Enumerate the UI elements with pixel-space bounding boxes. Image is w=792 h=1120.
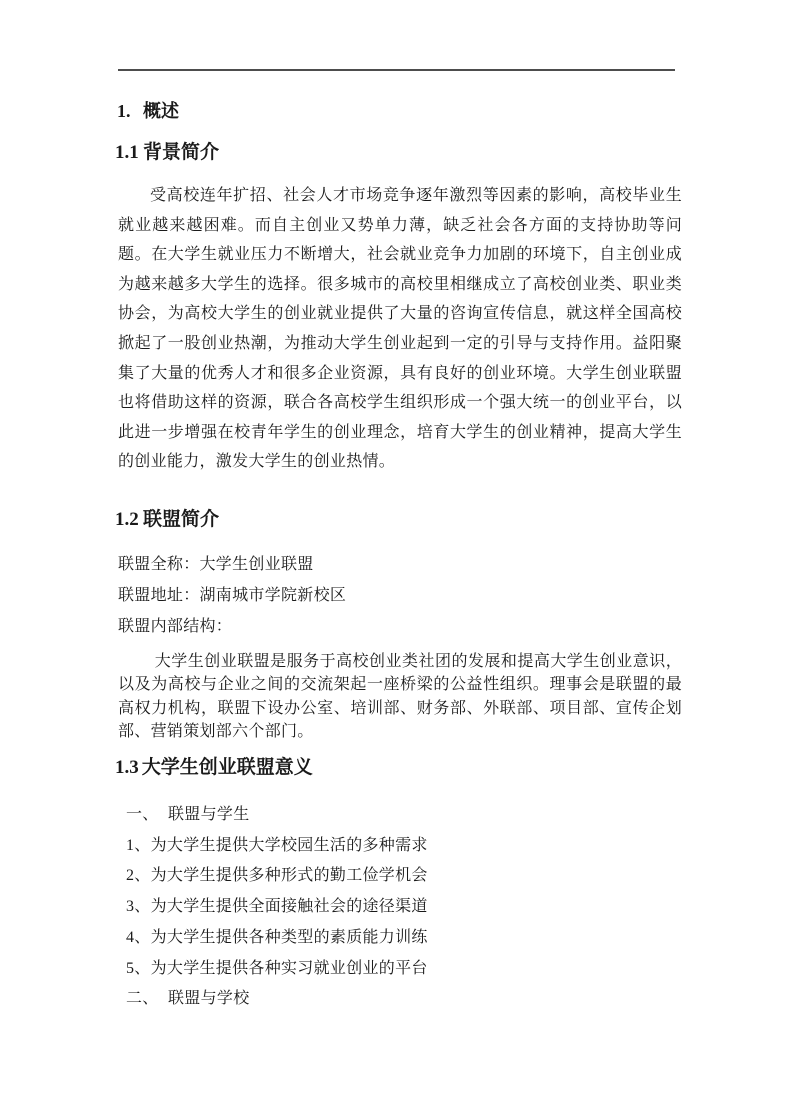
list-group-number: 一、 [126, 800, 168, 831]
alliance-address: 联盟地址：湖南城市学院新校区 [118, 580, 682, 611]
list-group-header: 一、联盟与学生 [126, 800, 682, 831]
heading-number: 1.2 [115, 508, 143, 532]
meaning-list: 一、联盟与学生 1、为大学生提供大学校园生活的多种需求 2、为大学生提供多种形式… [126, 800, 682, 1015]
list-group-label: 联盟与学校 [168, 990, 250, 1007]
list-item: 5、为大学生提供各种实习就业创业的平台 [126, 954, 682, 985]
list-group-header: 二、联盟与学校 [126, 984, 682, 1015]
heading-text: 背景简介 [143, 142, 219, 163]
heading-number: 1.3 [115, 756, 139, 780]
list-item: 2、为大学生提供多种形式的勤工俭学机会 [126, 861, 682, 892]
structure-paragraph: 大学生创业联盟是服务于高校创业类社团的发展和提高大学生创业意识，以及为高校与企业… [118, 650, 682, 743]
section-heading-overview: 1.概述 [117, 100, 179, 122]
subsection-heading-meaning: 1.3大学生创业联盟意义 [115, 756, 313, 780]
heading-text: 联盟简介 [143, 509, 219, 530]
heading-number: 1. [117, 100, 143, 122]
heading-text: 大学生创业联盟意义 [142, 757, 313, 778]
alliance-info-block: 联盟全称：大学生创业联盟 联盟地址：湖南城市学院新校区 联盟内部结构： [118, 549, 682, 642]
background-paragraph: 受高校连年扩招、社会人才市场竞争逐年激烈等因素的影响，高校毕业生就业越来越困难。… [118, 181, 682, 477]
subsection-heading-intro: 1.2联盟简介 [115, 508, 219, 532]
document-page: 1.概述 1.1背景简介 受高校连年扩招、社会人才市场竞争逐年激烈等因素的影响，… [0, 0, 792, 1120]
header-divider-line [118, 69, 675, 71]
list-item: 1、为大学生提供大学校园生活的多种需求 [126, 831, 682, 862]
list-group-label: 联盟与学生 [168, 806, 250, 823]
alliance-full-name: 联盟全称：大学生创业联盟 [118, 549, 682, 580]
list-item: 4、为大学生提供各种类型的素质能力训练 [126, 923, 682, 954]
alliance-structure-label: 联盟内部结构： [118, 611, 682, 642]
heading-text: 概述 [143, 101, 179, 121]
heading-number: 1.1 [115, 141, 143, 165]
subsection-heading-background: 1.1背景简介 [115, 141, 219, 165]
list-group-number: 二、 [126, 984, 168, 1015]
list-item: 3、为大学生提供全面接触社会的途径渠道 [126, 892, 682, 923]
